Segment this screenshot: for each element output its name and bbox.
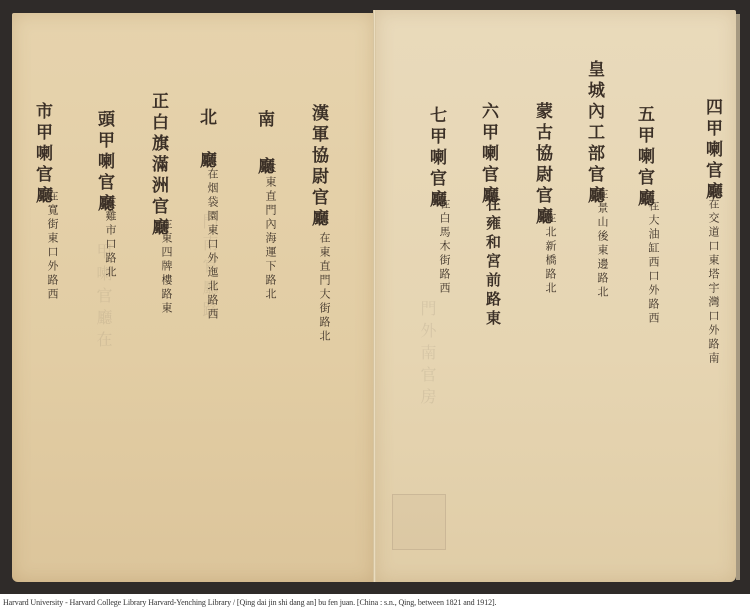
column-note: 在烟袋園東口外迤北路西 <box>204 168 220 322</box>
center-fold <box>373 10 376 582</box>
manuscript-scan: 門南官廳路 甲喇官廳在 門外南官房 四甲喇官廳 在交道口東塔宇灣口外路南 五甲喇… <box>0 0 750 594</box>
column-heading: 六甲喇官廳 <box>476 102 501 207</box>
column-heading: 正白旗滿洲官廳 <box>146 92 171 239</box>
column-note: 在雞市口路北 <box>102 196 118 280</box>
bleed-through-text: 門外南官房 <box>416 300 439 410</box>
column-heading: 五甲喇官廳 <box>632 105 657 210</box>
column-heading: 漢軍協尉官廳 <box>306 104 331 230</box>
column-note: 在寬街東口外路西 <box>44 190 60 302</box>
page-edge <box>736 14 740 580</box>
column-note: 在北新橋路北 <box>542 212 558 296</box>
column-note: 在東直門內海運下路北 <box>262 162 278 302</box>
column-note: 在景山後東邊路北 <box>594 188 610 300</box>
column-note: 在東四牌樓路東 <box>158 218 174 316</box>
column-note: 在白馬木街路西 <box>436 198 452 296</box>
column-note: 在雍和宮前路東 <box>483 196 504 329</box>
column-heading: 皇城內工部官廳 <box>582 60 607 207</box>
column-note: 在交道口東塔宇灣口外路南 <box>705 198 721 366</box>
column-heading: 蒙古協尉官廳 <box>530 102 555 228</box>
column-heading: 七甲喇官廳 <box>424 106 449 211</box>
column-note: 在東直門大街路北 <box>316 232 332 344</box>
column-note: 在大油缸西口外路西 <box>645 200 661 326</box>
library-caption: Harvard University - Harvard College Lib… <box>3 598 747 607</box>
column-heading: 四甲喇官廳 <box>700 98 725 203</box>
faint-seal-stamp <box>392 494 446 550</box>
